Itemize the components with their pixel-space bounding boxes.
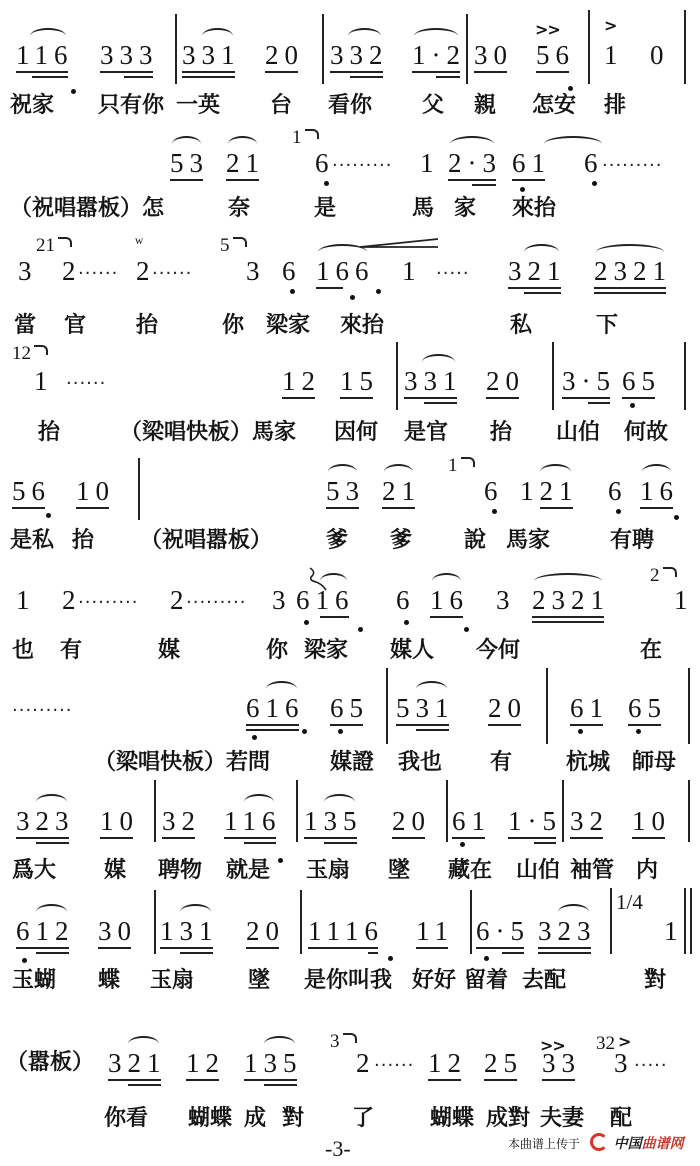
lyric: 是私 <box>10 528 54 554</box>
lyric: 父 <box>422 93 444 119</box>
lyric: 何故 <box>624 420 668 446</box>
note-group: 20 <box>265 40 304 70</box>
bar-line <box>296 780 298 842</box>
accent-mark: >> <box>535 20 560 39</box>
bar-line <box>688 780 690 842</box>
lyric: 你 <box>222 313 244 339</box>
lyric: 祝家 <box>10 93 54 119</box>
lyric: 親 <box>474 93 496 119</box>
low-octave-dot <box>592 181 597 186</box>
note-group: 321 <box>108 1048 167 1078</box>
lyric: 抬 <box>72 528 94 554</box>
lyric: 抬 <box>136 313 158 339</box>
lyric: 抬 <box>490 420 512 446</box>
low-octave-dot <box>290 289 295 294</box>
lyric: 媒人 <box>390 638 434 664</box>
double-bar-line <box>690 888 692 954</box>
bar-line <box>154 890 156 954</box>
note-group: 331 <box>182 40 241 70</box>
bar-line <box>466 14 468 84</box>
low-octave-dot <box>324 181 329 186</box>
lyric: 墜 <box>388 858 410 884</box>
bar-line <box>154 780 156 842</box>
note-group: 135 <box>244 1048 303 1078</box>
note-group: 56 <box>12 476 51 506</box>
note-group: 116 <box>16 40 74 70</box>
note-group: 10 <box>100 806 139 836</box>
note-group: 1·2 <box>412 40 466 70</box>
note-group: 10 <box>632 806 671 836</box>
note-group: 61 <box>512 148 551 178</box>
note-group: 65 <box>330 693 369 723</box>
note-group: 2·3 <box>448 148 502 178</box>
note-group: 56 <box>536 40 575 70</box>
lyric: 就是 <box>226 858 270 884</box>
note-group: 11 <box>416 916 454 946</box>
mordent-icon: ʷ <box>135 234 143 254</box>
bar-line <box>396 342 398 410</box>
lyric: 梁家 <box>266 313 310 339</box>
bar-line <box>446 780 448 842</box>
note: 1 <box>402 256 422 286</box>
note-group: 321 <box>508 256 567 286</box>
low-octave-dot <box>376 289 381 294</box>
bar-line <box>684 10 686 84</box>
bar-line <box>588 10 590 84</box>
note: 6 <box>282 256 302 286</box>
lyric: 抬 <box>38 420 60 446</box>
note-group: 166 <box>316 256 375 286</box>
lyric: 蝴蝶 <box>188 1106 232 1132</box>
low-octave-dot <box>71 89 76 94</box>
lyric: 說 <box>464 528 486 554</box>
lyric: 也 <box>12 638 34 664</box>
lyric: （祝唱嚣板）怎 <box>10 196 164 222</box>
lyric: 你 <box>266 638 288 664</box>
lyric: 下 <box>596 313 618 339</box>
lyric: 夫妻 <box>540 1106 584 1132</box>
lyric: 在 <box>640 638 662 664</box>
lyric: 有 <box>490 750 512 776</box>
note-group: 25 <box>484 1048 523 1078</box>
lyric: 因何 <box>334 420 378 446</box>
note-group: 3·5 <box>562 366 616 396</box>
low-octave-dot <box>350 295 355 300</box>
note-group: 2321 <box>594 256 672 286</box>
grace-note: 5 <box>220 236 247 256</box>
note-group: 323 <box>538 916 597 946</box>
lyric: 是官 <box>404 420 448 446</box>
lyric: 來抬 <box>340 313 384 339</box>
lyric: 當 <box>14 313 36 339</box>
continuation-dots: ········· <box>78 592 139 613</box>
note-group: 65 <box>628 693 667 723</box>
lyric: 台 <box>270 93 292 119</box>
lyric: 官 <box>64 313 86 339</box>
lyric: 山伯 <box>556 420 600 446</box>
note-group: 616 <box>246 693 305 723</box>
low-octave-dot <box>674 515 679 520</box>
lyric: 一英 <box>176 93 220 119</box>
note-group: 53 <box>170 148 209 178</box>
watermark: 本曲谱上传于 中国曲谱网 <box>508 1133 684 1153</box>
grace-note: 12 <box>12 344 48 364</box>
low-octave-dot <box>22 958 27 963</box>
lyric: 了 <box>352 1106 374 1132</box>
note-group: 616 <box>296 585 355 615</box>
note-group: 612 <box>16 916 75 946</box>
continuation-dots: ······ <box>66 373 106 394</box>
grace-note: 1 <box>448 456 475 476</box>
lyric: 藏在 <box>448 858 492 884</box>
lyric: 墜 <box>248 968 270 994</box>
site-logo-icon <box>590 1133 608 1151</box>
note: 3 <box>496 585 516 615</box>
note-group: 323 <box>16 806 75 836</box>
lyric: 爹 <box>390 528 412 554</box>
lyric: 蝶 <box>98 968 120 994</box>
note-group: 61 <box>570 693 609 723</box>
note-group: 135 <box>304 806 363 836</box>
note: 3 <box>272 585 292 615</box>
note: 1 <box>664 916 684 946</box>
lyric: 是 <box>314 196 336 222</box>
lyric: 今何 <box>476 638 520 664</box>
continuation-dots: ······ <box>374 1055 414 1076</box>
low-octave-dot <box>460 842 465 847</box>
continuation-dots: ········· <box>186 592 247 613</box>
note-group: 16 <box>640 476 679 506</box>
low-octave-dot <box>492 509 497 514</box>
lyric: 排 <box>604 93 626 119</box>
lyric: 是你叫我 <box>304 968 392 994</box>
low-octave-dot <box>484 956 489 961</box>
note-group: 531 <box>396 693 455 723</box>
note: 0 <box>650 40 670 70</box>
note: 1 <box>34 366 54 396</box>
lyric: 有聘 <box>610 528 654 554</box>
lyric: 梁家 <box>304 638 348 664</box>
lyric: 師母 <box>632 750 676 776</box>
lyric: （梁唱快板）若問 <box>94 750 270 776</box>
site-brand: 中国曲谱网 <box>614 1136 684 1152</box>
lyric: 媒 <box>104 858 126 884</box>
section-label: （嚣板） <box>6 1050 94 1076</box>
note-group: 131 <box>160 916 219 946</box>
note: 6 <box>584 148 604 178</box>
note-group: 20 <box>488 693 527 723</box>
lyric: （梁唱快板）馬家 <box>120 420 296 446</box>
continuation-dots: ····· <box>634 1055 668 1076</box>
note-group: 331 <box>404 366 463 396</box>
note-group: 332 <box>330 40 389 70</box>
note-group: 32 <box>570 806 609 836</box>
bar-line <box>610 888 612 954</box>
lyric: 好好 <box>412 968 456 994</box>
note: 2 <box>356 1048 376 1078</box>
grace-note: 21 <box>36 236 72 256</box>
note-group: 33 <box>542 1048 581 1078</box>
continuation-dots: ········· <box>12 700 73 721</box>
lyric: 成對 <box>486 1106 530 1132</box>
lyric: 玉扇 <box>150 968 194 994</box>
low-octave-dot <box>520 187 525 192</box>
lyric: 媒證 <box>330 750 374 776</box>
lyric: 山伯 <box>516 858 560 884</box>
low-octave-dot <box>404 620 409 625</box>
note: 1 <box>420 148 440 178</box>
note-group: 12 <box>282 366 321 396</box>
lyric: 馬 <box>412 196 434 222</box>
low-octave-dot <box>636 729 641 734</box>
lyric: 爹 <box>326 528 348 554</box>
time-signature: 1/4 <box>616 892 643 912</box>
lyric: （祝唱嚣板） <box>140 528 272 554</box>
note: 3 <box>614 1048 634 1078</box>
lyric: 對 <box>644 968 666 994</box>
note-group: 30 <box>98 916 137 946</box>
note: 6 <box>608 476 628 506</box>
low-octave-dot <box>464 627 469 632</box>
note-group: 32 <box>162 806 201 836</box>
bar-line <box>470 890 472 954</box>
lyric: 來抬 <box>512 196 556 222</box>
low-octave-dot <box>358 627 363 632</box>
note-group: 1·5 <box>508 806 562 836</box>
bar-line <box>322 14 324 84</box>
bar-line <box>684 342 686 410</box>
lyric: 媒 <box>158 638 180 664</box>
double-bar-line <box>684 888 686 954</box>
low-octave-dot <box>578 729 583 734</box>
note-group: 12 <box>186 1048 225 1078</box>
bar-line <box>688 668 690 744</box>
crescendo-hairpin <box>360 234 438 246</box>
watermark-text: 本曲谱上传于 <box>508 1137 580 1151</box>
lyric: 玉扇 <box>306 858 350 884</box>
lyric: 聘物 <box>158 858 202 884</box>
note-group: 10 <box>76 476 115 506</box>
low-octave-dot <box>304 620 309 625</box>
lyric: 只有你 <box>98 93 164 119</box>
note-group: 2321 <box>532 585 610 615</box>
page-number: -3- <box>325 1136 351 1162</box>
low-octave-dot <box>278 858 283 863</box>
bar-line <box>562 780 564 842</box>
note: 1 <box>16 585 36 615</box>
continuation-dots: ······ <box>78 263 118 284</box>
note: 6 <box>484 476 504 506</box>
lyric: 爲大 <box>12 858 56 884</box>
bar-line <box>300 890 302 954</box>
continuation-dots: ····· <box>436 263 470 284</box>
low-octave-dot <box>302 729 307 734</box>
note: 3 <box>18 256 38 286</box>
grace-note: 2 <box>650 566 677 586</box>
lyric: 玉蝴 <box>12 968 56 994</box>
bar-line <box>175 14 177 84</box>
note-group: 20 <box>486 366 525 396</box>
note-group: 116 <box>224 806 282 836</box>
note-group: 15 <box>340 366 379 396</box>
note-group: 53 <box>326 476 365 506</box>
note-group: 6·5 <box>476 916 530 946</box>
note: 1 <box>604 40 624 70</box>
bar-line <box>546 668 548 744</box>
bar-line <box>138 458 140 520</box>
note-group: 1116 <box>308 916 384 946</box>
note-group: 21 <box>382 476 421 506</box>
low-octave-dot <box>616 509 621 514</box>
lyric: 對 <box>282 1106 304 1132</box>
note-group: 21 <box>226 148 265 178</box>
lyric: 私 <box>510 313 532 339</box>
low-octave-dot <box>252 735 257 740</box>
lyric: 有 <box>60 638 82 664</box>
note-group: 121 <box>520 476 579 506</box>
continuation-dots: ········· <box>602 155 663 176</box>
note-group: 65 <box>622 366 661 396</box>
lyric: 杭城 <box>566 750 610 776</box>
lyric: 留着 <box>464 968 508 994</box>
continuation-dots: ······ <box>152 263 192 284</box>
lyric: 去配 <box>522 968 566 994</box>
bar-line <box>552 342 554 410</box>
low-octave-dot <box>46 513 51 518</box>
lyric: 内 <box>636 858 658 884</box>
low-octave-dot <box>630 403 635 408</box>
note: 6 <box>396 585 416 615</box>
lyric: 你看 <box>104 1106 148 1132</box>
lyric: 怎安 <box>532 93 576 119</box>
note-group: 20 <box>246 916 285 946</box>
grace-note: 32 <box>596 1034 615 1054</box>
note-group: 20 <box>392 806 431 836</box>
low-octave-dot <box>338 729 343 734</box>
lyric: 袖管 <box>570 858 614 884</box>
bar-line <box>386 668 388 744</box>
note: 1 <box>674 585 694 615</box>
grace-note: 1 <box>292 128 319 148</box>
lyric: 我也 <box>398 750 442 776</box>
note-group: 16 <box>430 585 469 615</box>
note-group: 61 <box>452 806 491 836</box>
lyric: 馬家 <box>506 528 550 554</box>
continuation-dots: ········· <box>332 155 393 176</box>
lyric: 奈 <box>228 196 250 222</box>
note-group: 12 <box>428 1048 467 1078</box>
note-group: 333 <box>100 40 159 70</box>
lyric: 蝴蝶 <box>430 1106 474 1132</box>
lyric: 看你 <box>328 93 372 119</box>
note: 3 <box>246 256 266 286</box>
low-octave-dot <box>388 956 393 961</box>
note-group: 30 <box>474 40 513 70</box>
lyric: 配 <box>610 1106 632 1132</box>
lyric: 成 <box>244 1106 266 1132</box>
grace-note: 3 <box>330 1032 357 1052</box>
low-octave-dot <box>568 86 573 91</box>
accent-mark: > <box>604 16 616 35</box>
lyric: 家 <box>454 196 476 222</box>
